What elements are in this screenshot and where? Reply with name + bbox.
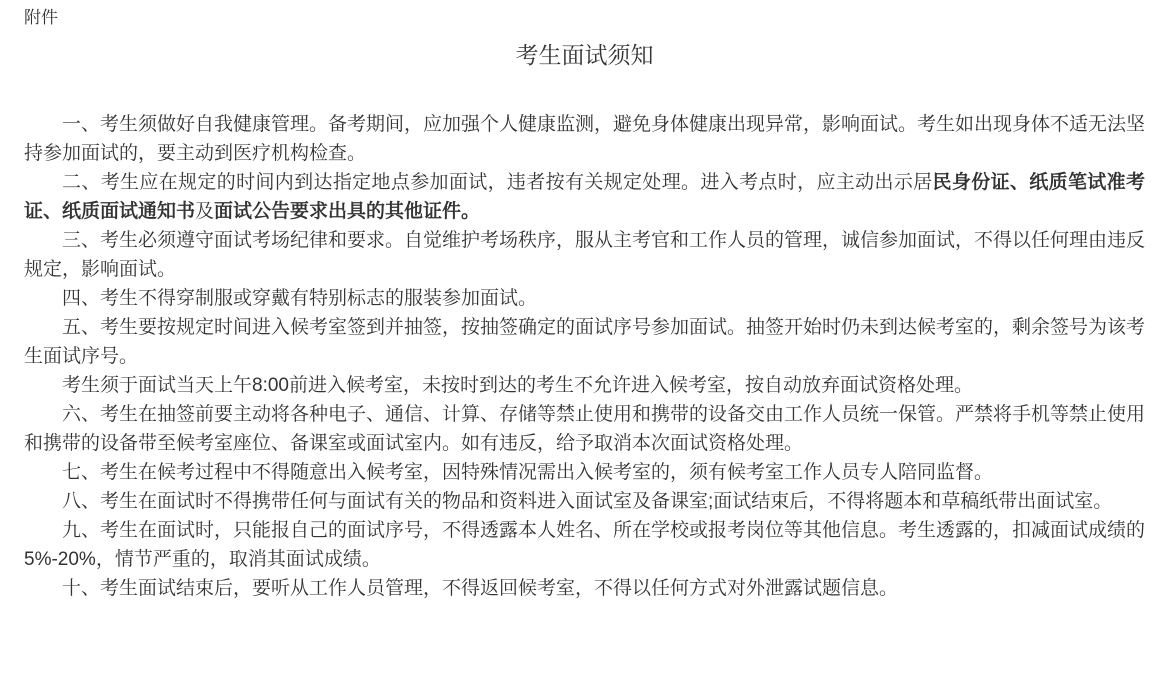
notice-paragraph-4: 四、考生不得穿制服或穿戴有特别标志的服装参加面试。 (24, 284, 1145, 313)
page-title: 考生面试须知 (24, 40, 1145, 70)
notice-document: 附件 考生面试须知 一、考生须做好自我健康管理。备考期间，应加强个人健康监测，避… (0, 0, 1169, 678)
paragraph-2-segment-normal: 及 (195, 201, 214, 222)
notice-paragraph-2: 二、考生应在规定的时间内到达指定地点参加面试，违者按有关规定处理。进入考点时，应… (24, 168, 1145, 226)
notice-paragraph-5-continued: 考生须于面试当天上午8:00前进入候考室，未按时到达的考生不允许进入候考室，按自… (24, 371, 1145, 400)
notice-paragraph-6: 六、考生在抽签前要主动将各种电子、通信、计算、存储等禁止使用和携带的设备交由工作… (24, 400, 1145, 458)
notice-paragraph-5: 五、考生要按规定时间进入候考室签到并抽签，按抽签确定的面试序号参加面试。抽签开始… (24, 313, 1145, 371)
notice-body: 一、考生须做好自我健康管理。备考期间，应加强个人健康监测，避免身体健康出现异常，… (24, 110, 1145, 603)
notice-paragraph-9: 九、考生在面试时，只能报自己的面试序号，不得透露本人姓名、所在学校或报考岗位等其… (24, 516, 1145, 574)
paragraph-2-segment-normal: 二、考生应在规定的时间内到达指定地点参加面试，违者按有关规定处理。进入考点时，应… (62, 172, 933, 193)
notice-paragraph-8: 八、考生在面试时不得携带任何与面试有关的物品和资料进入面试室及备课室;面试结束后… (24, 487, 1145, 516)
paragraph-2-segment-bold: 面试公告要求出具的其他证件。 (214, 201, 480, 222)
attachment-label: 附件 (24, 6, 1145, 30)
notice-paragraph-10: 十、考生面试结束后，要听从工作人员管理，不得返回候考室，不得以任何方式对外泄露试… (24, 574, 1145, 603)
notice-paragraph-3: 三、考生必须遵守面试考场纪律和要求。自觉维护考场秩序，服从主考官和工作人员的管理… (24, 226, 1145, 284)
notice-paragraph-7: 七、考生在候考过程中不得随意出入候考室，因特殊情况需出入候考室的，须有候考室工作… (24, 458, 1145, 487)
notice-paragraph-1: 一、考生须做好自我健康管理。备考期间，应加强个人健康监测，避免身体健康出现异常，… (24, 110, 1145, 168)
